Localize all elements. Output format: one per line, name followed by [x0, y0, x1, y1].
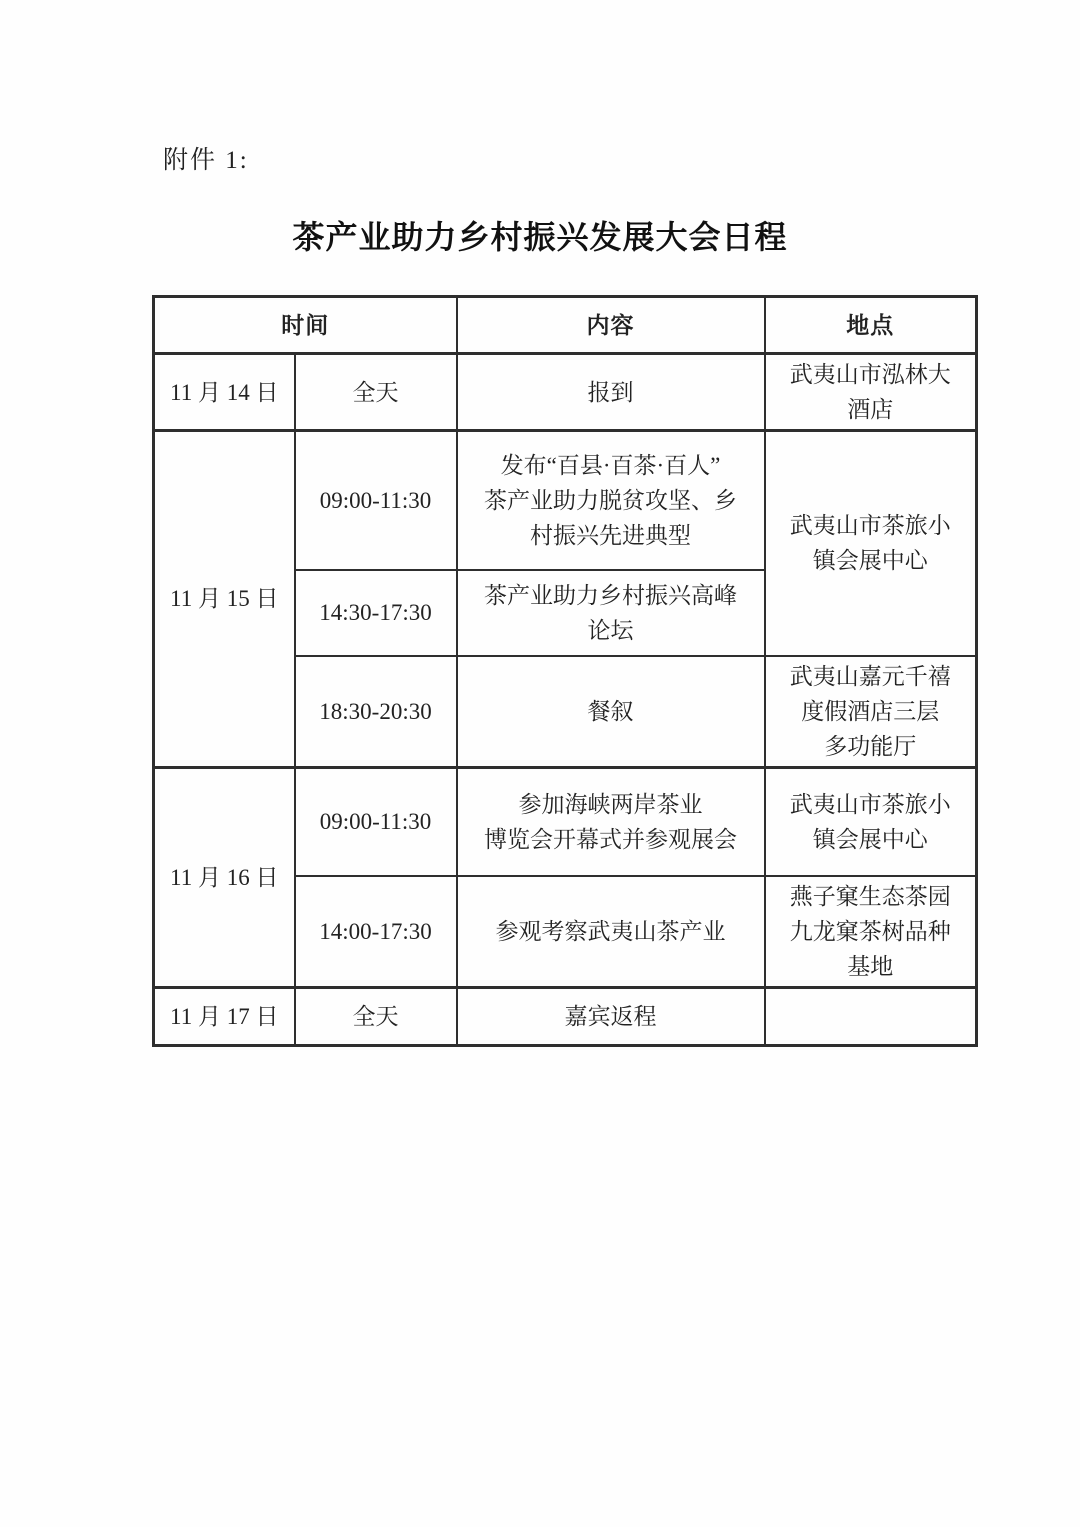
- content-cell: 参观考察武夷山茶产业: [457, 876, 765, 988]
- location-cell: 武夷山嘉元千禧 度假酒店三层 多功能厅: [765, 656, 977, 768]
- time-cell: 14:30-17:30: [295, 570, 457, 656]
- table-header-row: 时间 内容 地点: [154, 297, 977, 354]
- date-cell: 11 月 15 日: [154, 431, 295, 768]
- time-cell: 18:30-20:30: [295, 656, 457, 768]
- time-cell: 09:00-11:30: [295, 431, 457, 570]
- date-cell: 11 月 17 日: [154, 988, 295, 1046]
- content-cell: 参加海峡两岸茶业 博览会开幕式并参观展会: [457, 767, 765, 876]
- location-cell: 武夷山市茶旅小 镇会展中心: [765, 431, 977, 656]
- time-cell: 09:00-11:30: [295, 767, 457, 876]
- column-header-location: 地点: [765, 297, 977, 354]
- content-cell: 报到: [457, 354, 765, 431]
- document-page: 附件 1: 茶产业助力乡村振兴发展大会日程 时间 内容 地点 11 月 14 日…: [0, 0, 1080, 1527]
- content-cell: 茶产业助力乡村振兴高峰 论坛: [457, 570, 765, 656]
- table-row-nov17: 11 月 17 日 全天 嘉宾返程: [154, 988, 977, 1046]
- location-cell: [765, 988, 977, 1046]
- location-cell: 武夷山市茶旅小 镇会展中心: [765, 767, 977, 876]
- table-row-nov15-morning: 11 月 15 日 09:00-11:30 发布“百县·百茶·百人” 茶产业助力…: [154, 431, 977, 570]
- time-cell: 14:00-17:30: [295, 876, 457, 988]
- content-cell: 嘉宾返程: [457, 988, 765, 1046]
- page-title: 茶产业助力乡村振兴发展大会日程: [0, 212, 1080, 258]
- location-cell: 燕子窠生态茶园 九龙窠茶树品种 基地: [765, 876, 977, 988]
- schedule-table: 时间 内容 地点 11 月 14 日 全天 报到 武夷山市泓林大 酒店 11 月…: [152, 295, 978, 1047]
- content-cell: 发布“百县·百茶·百人” 茶产业助力脱贫攻坚、乡 村振兴先进典型: [457, 431, 765, 570]
- location-cell: 武夷山市泓林大 酒店: [765, 354, 977, 431]
- time-cell: 全天: [295, 354, 457, 431]
- attachment-label: 附件 1:: [163, 140, 249, 176]
- table-row-nov16-morning: 11 月 16 日 09:00-11:30 参加海峡两岸茶业 博览会开幕式并参观…: [154, 767, 977, 876]
- column-header-content: 内容: [457, 297, 765, 354]
- date-cell: 11 月 16 日: [154, 767, 295, 988]
- date-cell: 11 月 14 日: [154, 354, 295, 431]
- content-cell: 餐叙: [457, 656, 765, 768]
- column-header-time: 时间: [154, 297, 457, 354]
- time-cell: 全天: [295, 988, 457, 1046]
- table-row-nov14: 11 月 14 日 全天 报到 武夷山市泓林大 酒店: [154, 354, 977, 431]
